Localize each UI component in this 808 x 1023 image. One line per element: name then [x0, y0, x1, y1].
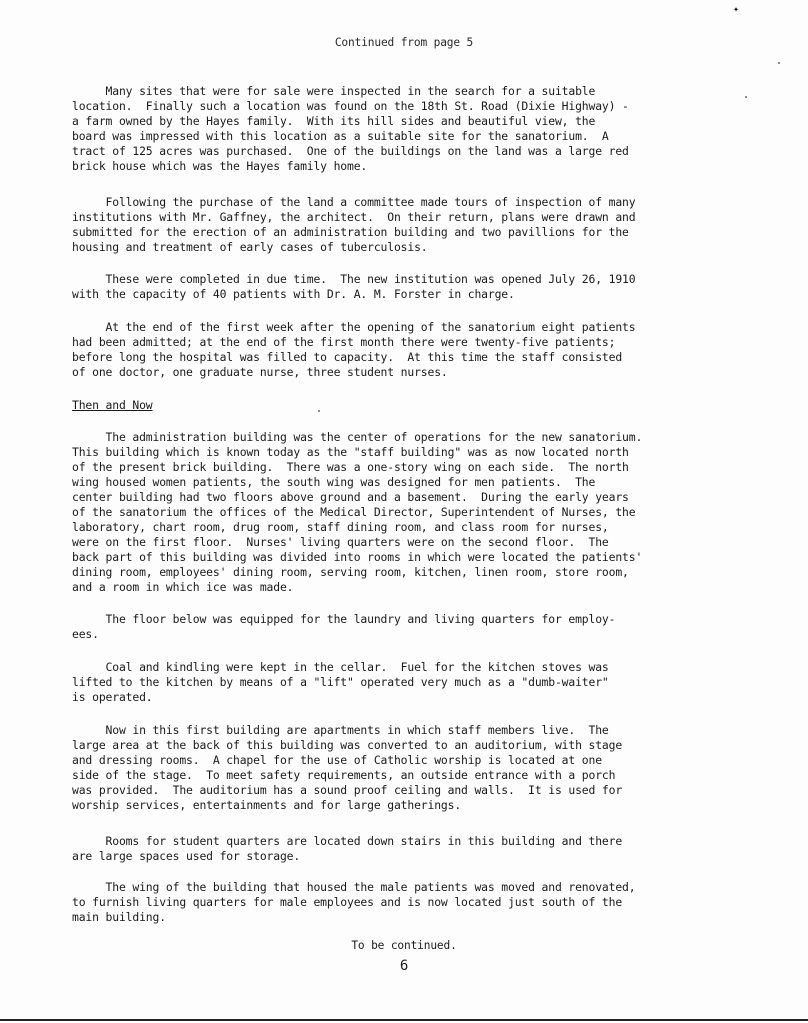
text-line: worship services, entertainments and for… — [72, 798, 732, 813]
text-line: a farm owned by the Hayes family. With i… — [72, 114, 732, 129]
text-line: institutions with Mr. Gaffney, the archi… — [72, 210, 732, 225]
text-line: At the end of the first week after the o… — [72, 320, 732, 335]
text-line: with the capacity of 40 patients with Dr… — [72, 287, 732, 302]
text-line: brick house which was the Hayes family h… — [72, 159, 732, 174]
text-line: Many sites that were for sale were inspe… — [72, 84, 732, 99]
to-be-continued: To be continued. — [0, 939, 808, 952]
paragraph-coal-kindling: Coal and kindling were kept in the cella… — [72, 660, 732, 705]
text-line: of the present brick building. There was… — [72, 460, 732, 475]
text-line: location. Finally such a location was fo… — [72, 99, 732, 114]
paragraph-first-week: At the end of the first week after the o… — [72, 320, 732, 380]
text-line: Now in this first building are apartment… — [72, 723, 732, 738]
text-line: board was impressed with this location a… — [72, 129, 732, 144]
text-line: These were completed in due time. The ne… — [72, 272, 732, 287]
paragraph-male-wing: The wing of the building that housed the… — [72, 880, 732, 925]
text-line: center building had two floors above gro… — [72, 490, 732, 505]
text-line: had been admitted; at the end of the fir… — [72, 335, 732, 350]
paragraph-site-search: Many sites that were for sale were inspe… — [72, 84, 732, 174]
bottom-rule — [0, 1019, 808, 1021]
continued-header: Continued from page 5 — [0, 36, 808, 49]
document-page: ✦ Continued from page 5 Many sites that … — [0, 0, 808, 1023]
text-line: ees. — [72, 627, 732, 642]
text-line: main building. — [72, 910, 732, 925]
paragraph-opening: These were completed in due time. The ne… — [72, 272, 732, 302]
text-line: are large spaces used for storage. — [72, 849, 732, 864]
ink-mark: ✦ — [733, 4, 739, 15]
page-number: 6 — [0, 958, 808, 974]
text-line: Following the purchase of the land a com… — [72, 195, 732, 210]
text-line: of one doctor, one graduate nurse, three… — [72, 365, 732, 380]
text-line: The floor below was equipped for the lau… — [72, 612, 732, 627]
text-line: large area at the back of this building … — [72, 738, 732, 753]
text-line: tract of 125 acres was purchased. One of… — [72, 144, 732, 159]
text-line: Rooms for student quarters are located d… — [72, 834, 732, 849]
speck — [745, 96, 747, 98]
text-line: and dressing rooms. A chapel for the use… — [72, 753, 732, 768]
text-line: to furnish living quarters for male empl… — [72, 895, 732, 910]
paragraph-floor-below: The floor below was equipped for the lau… — [72, 612, 732, 642]
text-line: and a room in which ice was made. — [72, 580, 732, 595]
paragraph-apartments-auditorium: Now in this first building are apartment… — [72, 723, 732, 813]
speck — [778, 62, 780, 64]
text-line: This building which is known today as th… — [72, 445, 732, 460]
text-line: is operated. — [72, 690, 732, 705]
text-line: The administration building was the cent… — [72, 430, 732, 445]
text-line: dining room, employees' dining room, ser… — [72, 565, 732, 580]
text-line: was provided. The auditorium has a sound… — [72, 783, 732, 798]
speck — [318, 410, 320, 412]
paragraph-student-quarters: Rooms for student quarters are located d… — [72, 834, 732, 864]
text-line: were on the first floor. Nurses' living … — [72, 535, 732, 550]
text-line: back part of this building was divided i… — [72, 550, 732, 565]
text-line: Coal and kindling were kept in the cella… — [72, 660, 732, 675]
text-line: before long the hospital was filled to c… — [72, 350, 732, 365]
text-line: submitted for the erection of an adminis… — [72, 225, 732, 240]
text-line: lifted to the kitchen by means of a "lif… — [72, 675, 732, 690]
section-heading: Then and Now — [72, 398, 153, 412]
text-line: side of the stage. To meet safety requir… — [72, 768, 732, 783]
text-line: The wing of the building that housed the… — [72, 880, 732, 895]
text-line: housing and treatment of early cases of … — [72, 240, 732, 255]
text-line: laboratory, chart room, drug room, staff… — [72, 520, 732, 535]
text-line: wing housed women patients, the south wi… — [72, 475, 732, 490]
paragraph-administration-building: The administration building was the cent… — [72, 430, 732, 595]
paragraph-committee: Following the purchase of the land a com… — [72, 195, 732, 255]
text-line: of the sanatorium the offices of the Med… — [72, 505, 732, 520]
